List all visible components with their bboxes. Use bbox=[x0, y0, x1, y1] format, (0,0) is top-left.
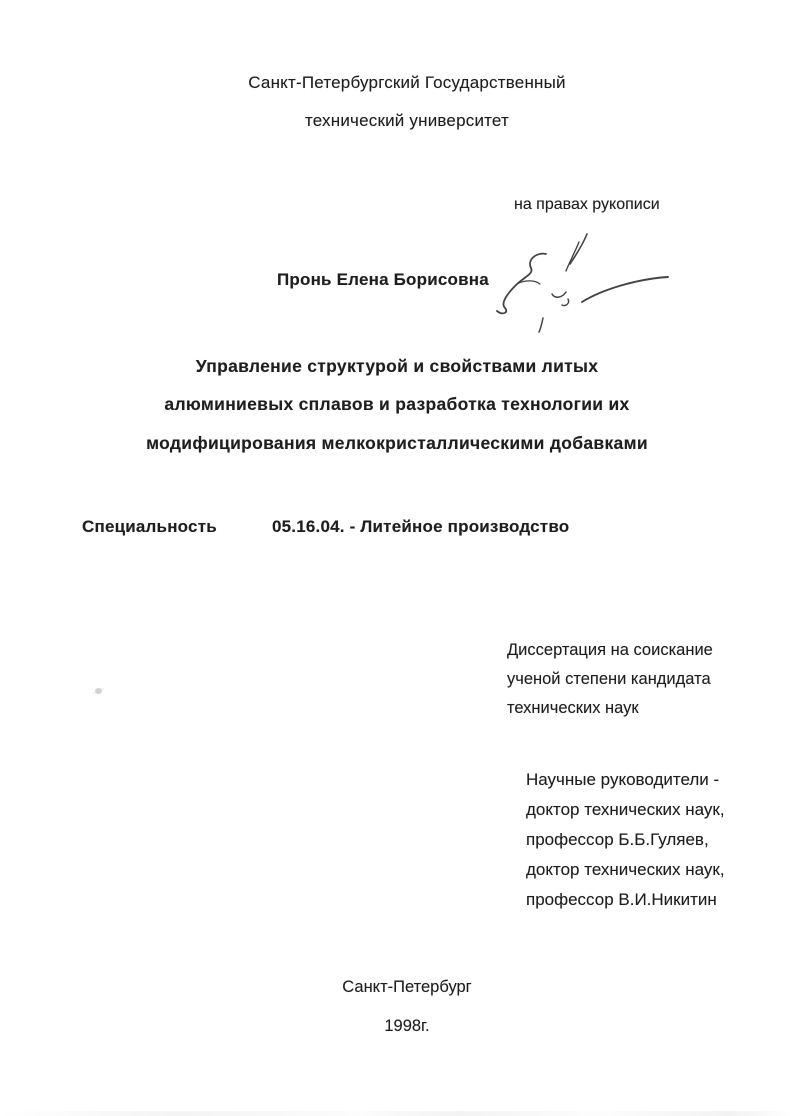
scan-edge-shadow bbox=[0, 1111, 794, 1116]
city: Санкт-Петербург bbox=[20, 978, 794, 997]
university-name-line2: технический университет bbox=[20, 111, 794, 131]
supervisor1-degree: доктор технических наук, bbox=[526, 800, 725, 820]
supervisor2-name: профессор В.И.Никитин bbox=[526, 890, 717, 910]
speciality-code-and-name: 05.16.04. - Литейное производство bbox=[272, 517, 569, 537]
year: 1998г. bbox=[20, 1017, 794, 1036]
dissertation-title-line2: алюминиевых сплавов и разработка техноло… bbox=[0, 394, 794, 415]
supervisors-heading: Научные руководители - bbox=[526, 770, 719, 790]
speciality-label: Специальность bbox=[82, 517, 217, 537]
university-name-line1: Санкт-Петербургский Государственный bbox=[20, 73, 794, 93]
scan-artifact-dot bbox=[95, 688, 102, 694]
supervisor2-degree: доктор технических наук, bbox=[526, 860, 725, 880]
dissertation-note-line3: технических наук bbox=[507, 699, 639, 718]
scanned-dissertation-title-page: Санкт-Петербургский Государственный техн… bbox=[0, 0, 794, 1116]
dissertation-title-line3: модифицирования мелкокристаллическими до… bbox=[0, 433, 794, 454]
author-name: Пронь Елена Борисовна bbox=[277, 270, 489, 290]
supervisor1-name: профессор Б.Б.Гуляев, bbox=[526, 830, 709, 850]
manuscript-rights-note: на правах рукописи bbox=[514, 196, 660, 214]
dissertation-title-line1: Управление структурой и свойствами литых bbox=[0, 356, 794, 377]
handwritten-signature-icon bbox=[486, 226, 670, 338]
dissertation-note-line2: ученой степени кандидата bbox=[507, 670, 711, 689]
dissertation-note-line1: Диссертация на соискание bbox=[507, 641, 713, 660]
